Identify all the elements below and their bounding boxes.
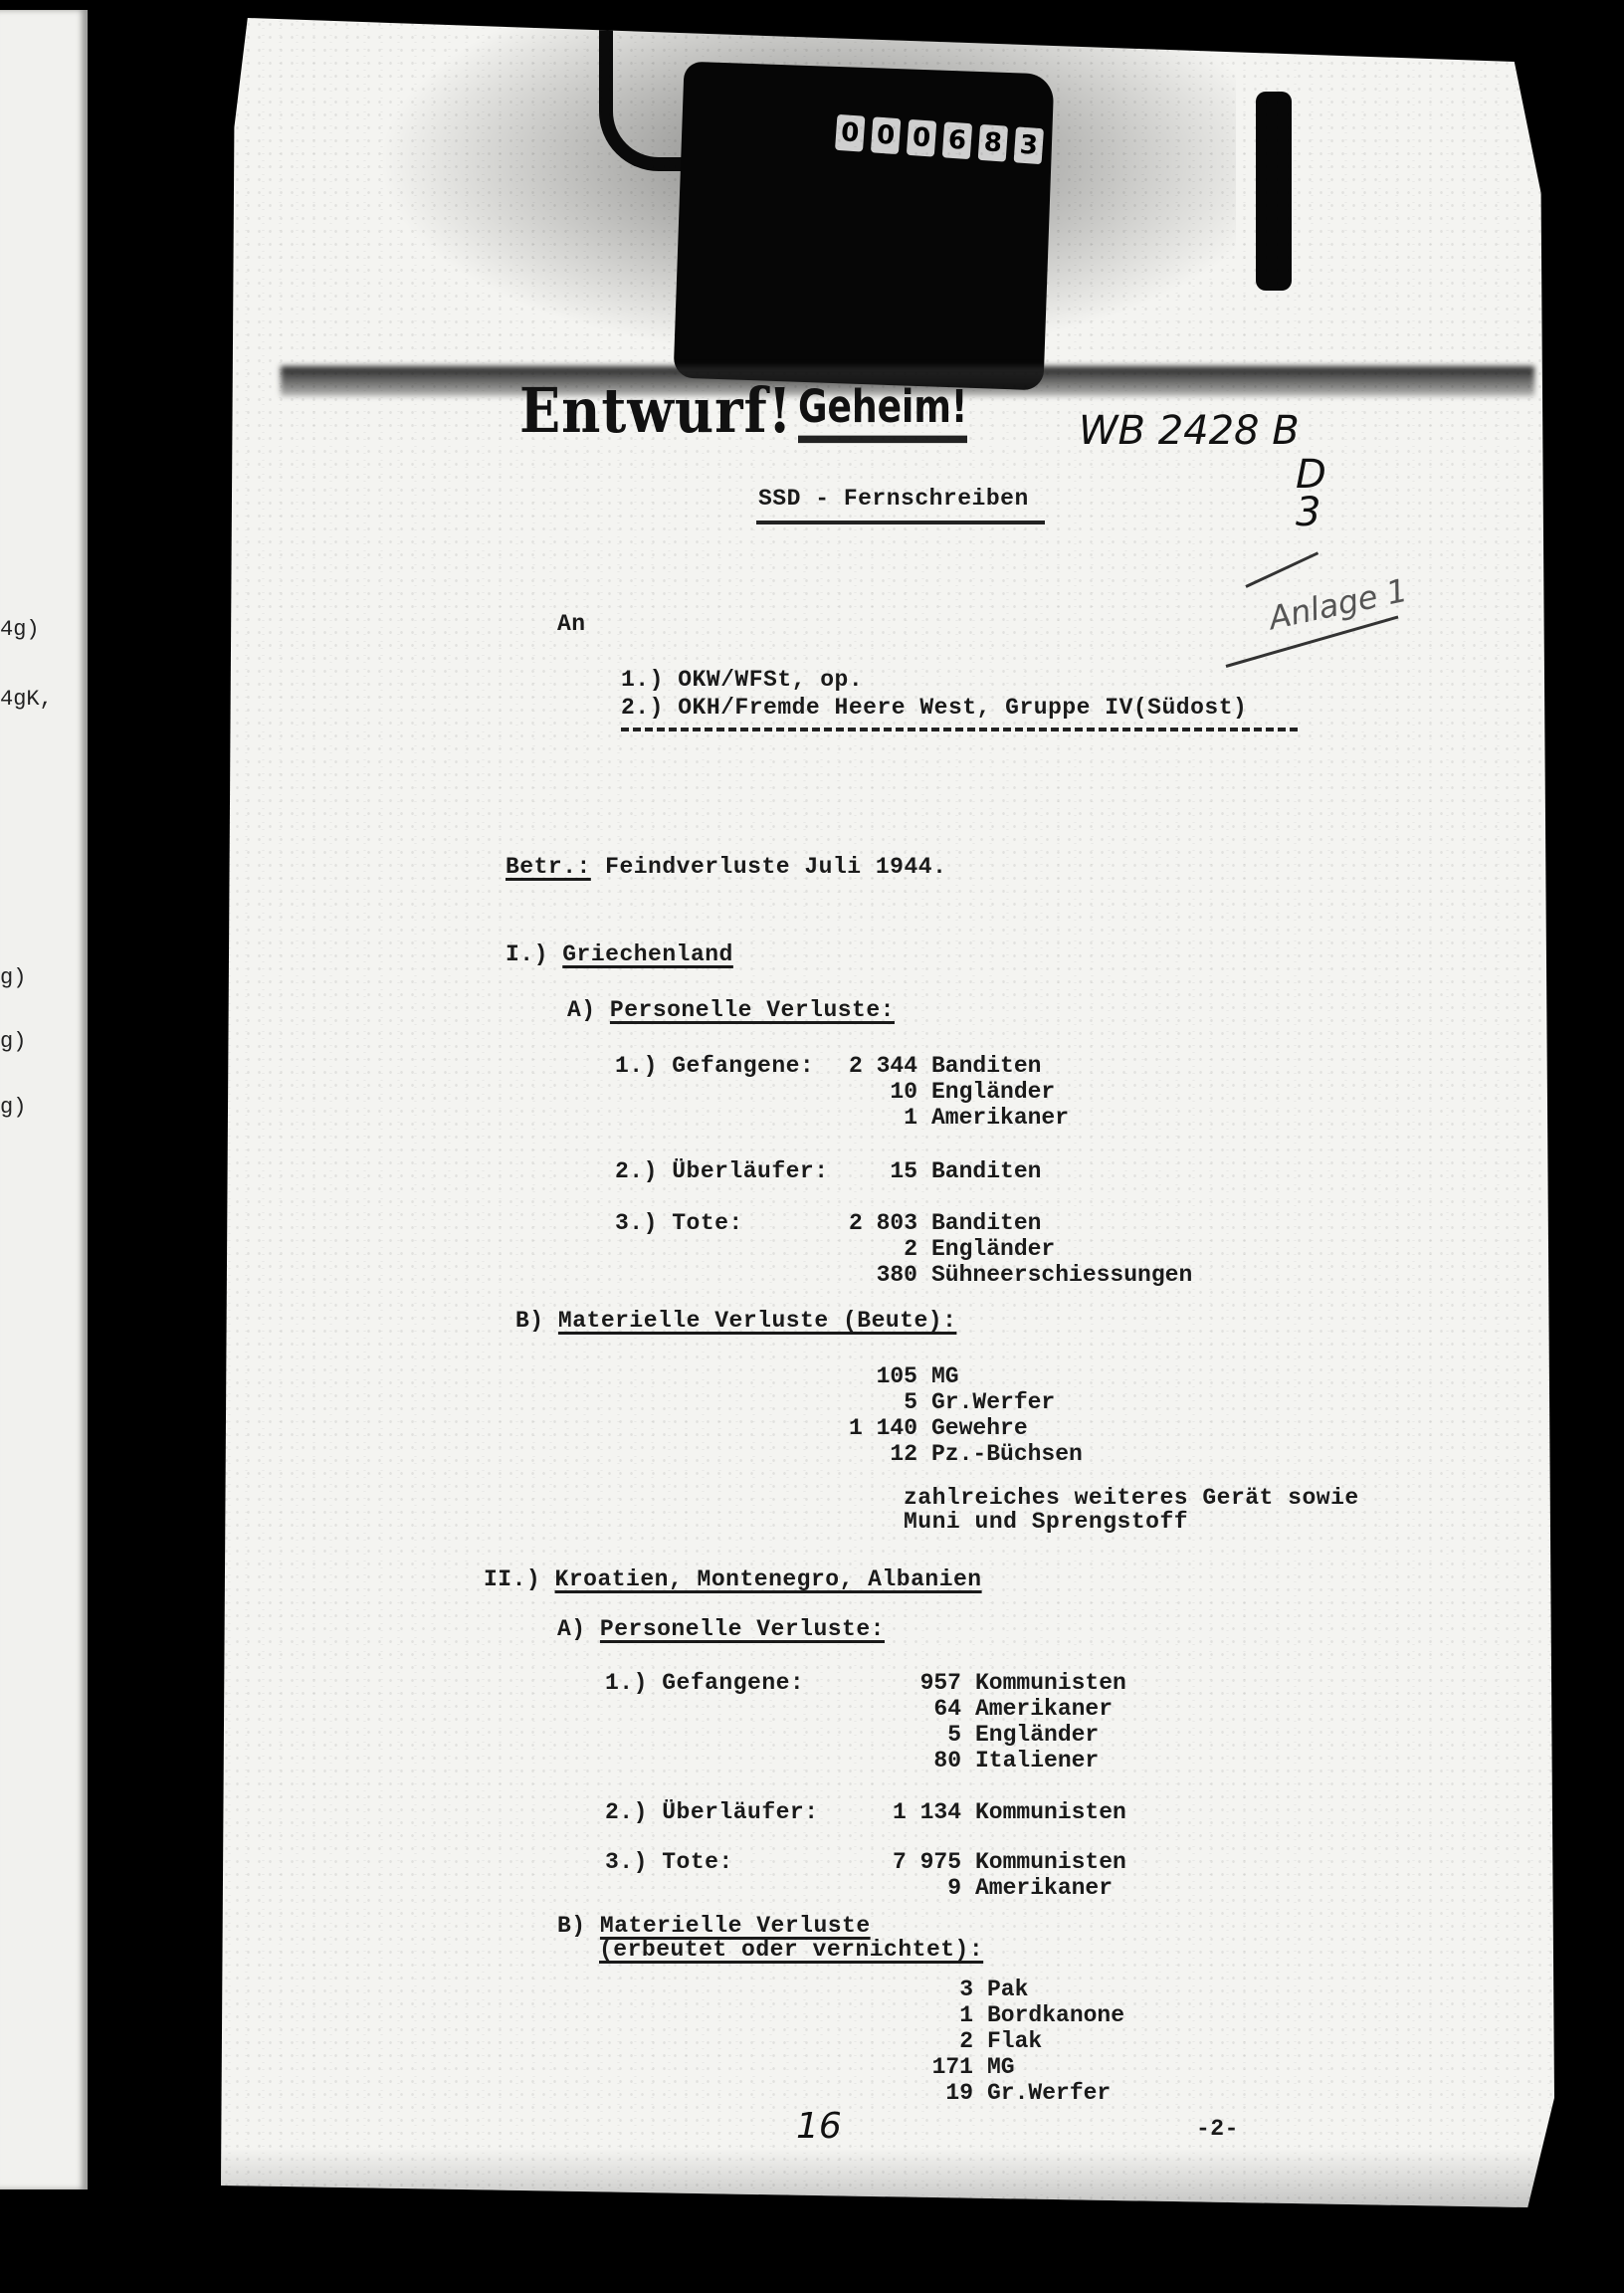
group-label: 3.) Tote: xyxy=(615,1210,743,1236)
material-note: Muni und Sprengstoff xyxy=(904,1509,1188,1535)
loss-count: 5 xyxy=(866,1722,961,1748)
loss-category: Amerikaner xyxy=(931,1105,1069,1131)
loss-count: 171 xyxy=(878,2054,973,2080)
subsection-heading: B) Materielle Verluste xyxy=(557,1913,871,1939)
loss-entry: 1Amerikaner xyxy=(822,1105,1069,1131)
loss-entry: 1 134Kommunisten xyxy=(866,1799,1126,1825)
loss-count: 15 xyxy=(822,1158,917,1184)
addressee-item: 2.) OKH/Fremde Heere West, Gruppe IV(Süd… xyxy=(621,695,1247,721)
handwritten-note: Anlage 1 xyxy=(1266,571,1411,638)
loss-count: 12 xyxy=(822,1441,917,1467)
subsection-label: B) xyxy=(515,1308,544,1334)
loss-entry: 1Bordkanone xyxy=(878,2002,1124,2028)
counter-digit: 0 xyxy=(871,116,901,154)
loss-count: 5 xyxy=(822,1389,917,1415)
loss-count: 1 xyxy=(822,1105,917,1131)
loss-category: Kommunisten xyxy=(975,1799,1126,1825)
counter-digit: 6 xyxy=(942,121,972,159)
frame-counter-device xyxy=(674,62,1055,391)
subsection-title: Personelle Verluste: xyxy=(600,1616,885,1642)
loss-entry: 1 140Gewehre xyxy=(822,1415,1028,1441)
loss-count: 1 140 xyxy=(822,1415,917,1441)
counter-digit: 0 xyxy=(907,119,936,157)
subsection-label: B) xyxy=(557,1913,586,1939)
loss-entry: 2Flak xyxy=(878,2028,1042,2054)
counter-digit: 8 xyxy=(978,124,1008,162)
loss-category: Amerikaner xyxy=(975,1696,1113,1722)
loss-category: Pz.-Büchsen xyxy=(931,1441,1083,1467)
subsection-title-cont: (erbeutet oder vernichtet): xyxy=(599,1937,983,1963)
loss-count: 1 xyxy=(878,2002,973,2028)
loss-entry: 80Italiener xyxy=(866,1748,1099,1773)
section-number: II.) xyxy=(484,1566,540,1592)
loss-entry: 171MG xyxy=(878,2054,1015,2080)
adjacent-text: g) xyxy=(0,1029,26,1054)
loss-category: Gr.Werfer xyxy=(931,1389,1055,1415)
adjacent-text: 4gK, xyxy=(0,687,53,712)
loss-category: Gr.Werfer xyxy=(987,2080,1111,2106)
loss-entry: 12Pz.-Büchsen xyxy=(822,1441,1083,1467)
loss-category: Banditen xyxy=(931,1053,1041,1079)
subsection-title: (erbeutet oder vernichtet): xyxy=(599,1937,983,1963)
section-title: Griechenland xyxy=(562,941,733,967)
loss-entry: 64Amerikaner xyxy=(866,1696,1113,1722)
group-label: 2.) Überläufer: xyxy=(615,1158,829,1184)
loss-count: 3 xyxy=(878,1977,973,2002)
loss-category: Gewehre xyxy=(931,1415,1028,1441)
page-marker: -2- xyxy=(1196,2116,1239,2142)
draft-stamp: Entwurf! xyxy=(519,373,793,447)
group-label: 3.) Tote: xyxy=(605,1849,733,1875)
loss-entry: 5Engländer xyxy=(866,1722,1099,1748)
loss-category: MG xyxy=(987,2054,1015,2080)
loss-count: 64 xyxy=(866,1696,961,1722)
adjacent-page-fragment: 4g) 4gK, g) g) g) xyxy=(0,10,88,2189)
loss-category: Italiener xyxy=(975,1748,1099,1773)
loss-count: 957 xyxy=(866,1670,961,1696)
group-label: 1.) Gefangene: xyxy=(605,1670,804,1696)
loss-category: Pak xyxy=(987,1977,1028,2002)
loss-category: Banditen xyxy=(931,1210,1041,1236)
loss-entry: 19Gr.Werfer xyxy=(878,2080,1111,2106)
loss-category: Kommunisten xyxy=(975,1849,1126,1875)
loss-category: Engländer xyxy=(931,1236,1055,1262)
adjacent-text: 4g) xyxy=(0,617,40,642)
handwritten-subref: D 3 xyxy=(1296,456,1335,531)
loss-category: MG xyxy=(931,1363,959,1389)
subsection-title: Materielle Verluste (Beute): xyxy=(558,1308,956,1334)
subsection-title: Materielle Verluste xyxy=(600,1913,871,1939)
loss-entry: 2Engländer xyxy=(822,1236,1055,1262)
addressee-label: An xyxy=(557,611,586,637)
handwritten-folio: 16 xyxy=(796,2106,842,2147)
group-label: 1.) Gefangene: xyxy=(615,1053,814,1079)
section-heading: II.) Kroatien, Montenegro, Albanien xyxy=(484,1566,982,1592)
loss-count: 1 134 xyxy=(866,1799,961,1825)
adjacent-text: g) xyxy=(0,1095,26,1120)
subsection-label: A) xyxy=(567,997,596,1023)
subject-label: Betr.: xyxy=(506,854,591,880)
loss-count: 2 xyxy=(822,1236,917,1262)
loss-entry: 957Kommunisten xyxy=(866,1670,1126,1696)
loss-category: Bordkanone xyxy=(987,2002,1124,2028)
subsection-heading: A) Personelle Verluste: xyxy=(567,997,895,1023)
material-note: zahlreiches weiteres Gerät sowie xyxy=(904,1485,1359,1511)
handwritten-reference: WB 2428 B xyxy=(1079,408,1300,454)
loss-entry: 105MG xyxy=(822,1363,959,1389)
loss-entry: 5Gr.Werfer xyxy=(822,1389,1055,1415)
loss-count: 380 xyxy=(822,1262,917,1288)
page-bottom-edge xyxy=(221,2148,1554,2207)
loss-entry: 10Engländer xyxy=(822,1079,1055,1105)
addressee-item: 1.) OKW/WFSt, op. xyxy=(621,667,863,693)
loss-count: 19 xyxy=(878,2080,973,2106)
loss-count: 7 975 xyxy=(866,1849,961,1875)
counter-digit: 0 xyxy=(835,114,865,152)
loss-count: 10 xyxy=(822,1079,917,1105)
counter-digit: 3 xyxy=(1014,126,1044,164)
handwritten-stroke xyxy=(1245,551,1319,588)
subject-text: Feindverluste Juli 1944. xyxy=(605,854,946,880)
loss-count: 105 xyxy=(822,1363,917,1389)
section-title: Kroatien, Montenegro, Albanien xyxy=(555,1566,982,1592)
loss-category: Sühneerschiessungen xyxy=(931,1262,1192,1288)
loss-count: 2 803 xyxy=(822,1210,917,1236)
secret-stamp: Geheim! xyxy=(798,382,967,443)
subsection-heading: B) Materielle Verluste (Beute): xyxy=(515,1308,956,1334)
addressee-underline xyxy=(621,728,1298,731)
loss-category: Amerikaner xyxy=(975,1875,1113,1901)
subsection-title: Personelle Verluste: xyxy=(610,997,895,1023)
loss-entry: 3Pak xyxy=(878,1977,1028,2002)
loss-category: Engländer xyxy=(975,1722,1099,1748)
loss-count: 9 xyxy=(866,1875,961,1901)
loss-entry: 380Sühneerschiessungen xyxy=(822,1262,1192,1288)
section-heading: I.) Griechenland xyxy=(506,941,733,967)
loss-count: 2 xyxy=(878,2028,973,2054)
subsection-heading: A) Personelle Verluste: xyxy=(557,1616,885,1642)
loss-entry: 15Banditen xyxy=(822,1158,1041,1184)
loss-count: 80 xyxy=(866,1748,961,1773)
subsection-label: A) xyxy=(557,1616,586,1642)
loss-entry: 9Amerikaner xyxy=(866,1875,1113,1901)
group-label: 2.) Überläufer: xyxy=(605,1799,819,1825)
loss-entry: 7 975Kommunisten xyxy=(866,1849,1126,1875)
title-underline xyxy=(756,521,1045,524)
loss-entry: 2 344Banditen xyxy=(822,1053,1041,1079)
document-page: 0 0 0 6 8 3 Entwurf! Geheim! WB 2428 B D… xyxy=(221,18,1554,2207)
loss-category: Kommunisten xyxy=(975,1670,1126,1696)
subject-line: Betr.: Feindverluste Juli 1944. xyxy=(506,854,946,880)
counter-knob-icon xyxy=(1256,92,1292,291)
loss-entry: 2 803Banditen xyxy=(822,1210,1041,1236)
document-type: SSD - Fernschreiben xyxy=(758,486,1029,512)
adjacent-text: g) xyxy=(0,965,26,990)
section-number: I.) xyxy=(506,941,548,967)
loss-category: Flak xyxy=(987,2028,1042,2054)
loss-count: 2 344 xyxy=(822,1053,917,1079)
loss-category: Engländer xyxy=(931,1079,1055,1105)
loss-category: Banditen xyxy=(931,1158,1041,1184)
